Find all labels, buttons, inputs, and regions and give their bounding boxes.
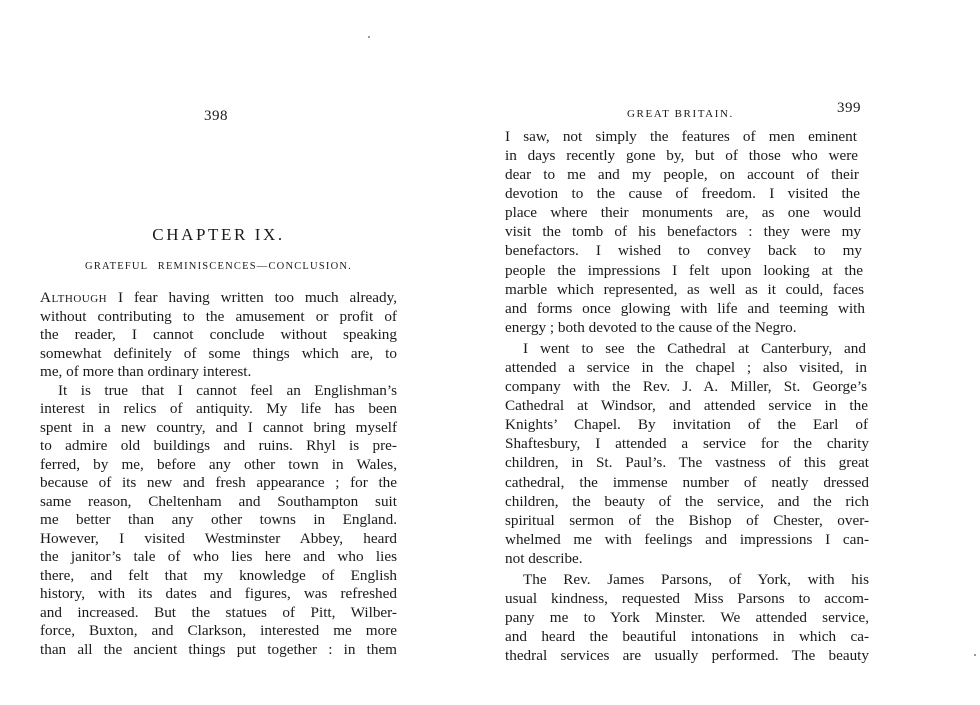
text-line: in days recently gone by, but of those w… <box>505 147 858 165</box>
chapter-title: CHAPTER IX. <box>40 225 397 245</box>
text-line: Shaftesbury, I attended a service for th… <box>505 435 869 453</box>
text-line: benefactors. I wished to convey back to … <box>505 242 862 260</box>
scan-speck <box>368 36 370 38</box>
text-line: attended a service in the chapel ; also … <box>505 359 867 377</box>
text-line: there, and felt that my knowledge of Eng… <box>40 567 397 585</box>
text-line: However, I visited Westminster Abbey, he… <box>40 530 397 548</box>
text-line: visit the tomb of his benefactors : they… <box>505 223 861 241</box>
text-line: It is true that I cannot feel an English… <box>40 382 397 400</box>
text-line: I went to see the Cathedral at Canterbur… <box>505 340 866 358</box>
text-line: company with the Rev. J. A. Miller, St. … <box>505 378 867 396</box>
running-head: GREAT BRITAIN. <box>627 108 734 120</box>
text-line: me, of more than ordinary interest. <box>40 363 397 381</box>
text-line: than all the ancient things put together… <box>40 641 397 659</box>
text-line: cathedral, the immense number of neatly … <box>505 474 869 492</box>
page-number-right: 399 <box>837 100 861 117</box>
text-line: usual kindness, requested Miss Parsons t… <box>505 590 869 608</box>
text-line: the reader, I cannot conclude without sp… <box>40 326 397 344</box>
text-line: Although I fear having written too much … <box>40 289 397 307</box>
text-line: not describe. <box>505 550 869 568</box>
text-line: because of its new and fresh appearance … <box>40 474 397 492</box>
chapter-subtitle: GRATEFUL REMINISCENCES—CONCLUSION. <box>40 261 397 272</box>
dropcap-word: Although <box>40 289 107 306</box>
text-line: spent in a new country, and I cannot bri… <box>40 419 397 437</box>
text-line: ferred, by me, before any other town in … <box>40 456 397 474</box>
text-line: children, the beauty of the service, and… <box>505 493 869 511</box>
text-line: devotion to the cause of freedom. I visi… <box>505 185 860 203</box>
text-line: history, with its dates and figures, was… <box>40 585 397 603</box>
text-line: place where their monuments are, as one … <box>505 204 861 222</box>
text-line: spiritual sermon of the Bishop of Cheste… <box>505 512 869 530</box>
text-line: somewhat definitely of some things which… <box>40 345 397 363</box>
text-line: without contributing to the amusement or… <box>40 308 397 326</box>
text-line: energy ; both devoted to the cause of th… <box>505 319 865 337</box>
text-line: interest in relics of antiquity. My life… <box>40 400 397 418</box>
text-line: and forms once glowing with life and tee… <box>505 300 865 318</box>
text-line: children, in St. Paul’s. The vastness of… <box>505 454 869 472</box>
text-line: to admire old buildings and ruins. Rhyl … <box>40 437 397 455</box>
text-line: The Rev. James Parsons, of York, with hi… <box>505 571 869 589</box>
text-line: people the impressions I felt upon looki… <box>505 262 863 280</box>
page-number-left: 398 <box>204 108 228 125</box>
book-spread: 398 CHAPTER IX. GRATEFUL REMINISCENCES—C… <box>0 0 980 705</box>
text-line: Cathedral at Windsor, and attended servi… <box>505 397 868 415</box>
text-line: the janitor’s tale of who lies here and … <box>40 548 397 566</box>
text-line: Knights’ Chapel. By invitation of the Ea… <box>505 416 868 434</box>
scan-speck <box>974 654 976 656</box>
text-line: same reason, Cheltenham and Southampton … <box>40 493 397 511</box>
text-line: and heard the beautiful intonations in w… <box>505 628 869 646</box>
text-line: thedral services are usually performed. … <box>505 647 869 665</box>
text-line: marble which represented, as well as it … <box>505 281 864 299</box>
text-line: whelmed me with feelings and impressions… <box>505 531 869 549</box>
text-line: force, Buxton, and Clarkson, interested … <box>40 622 397 640</box>
text-line: dear to me and my people, on account of … <box>505 166 859 184</box>
text-line: pany me to York Minster. We attended ser… <box>505 609 869 627</box>
text-line: and increased. But the statues of Pitt, … <box>40 604 397 622</box>
text-line: I saw, not simply the features of men em… <box>505 128 857 146</box>
text-line: me better than any other towns in Englan… <box>40 511 397 529</box>
